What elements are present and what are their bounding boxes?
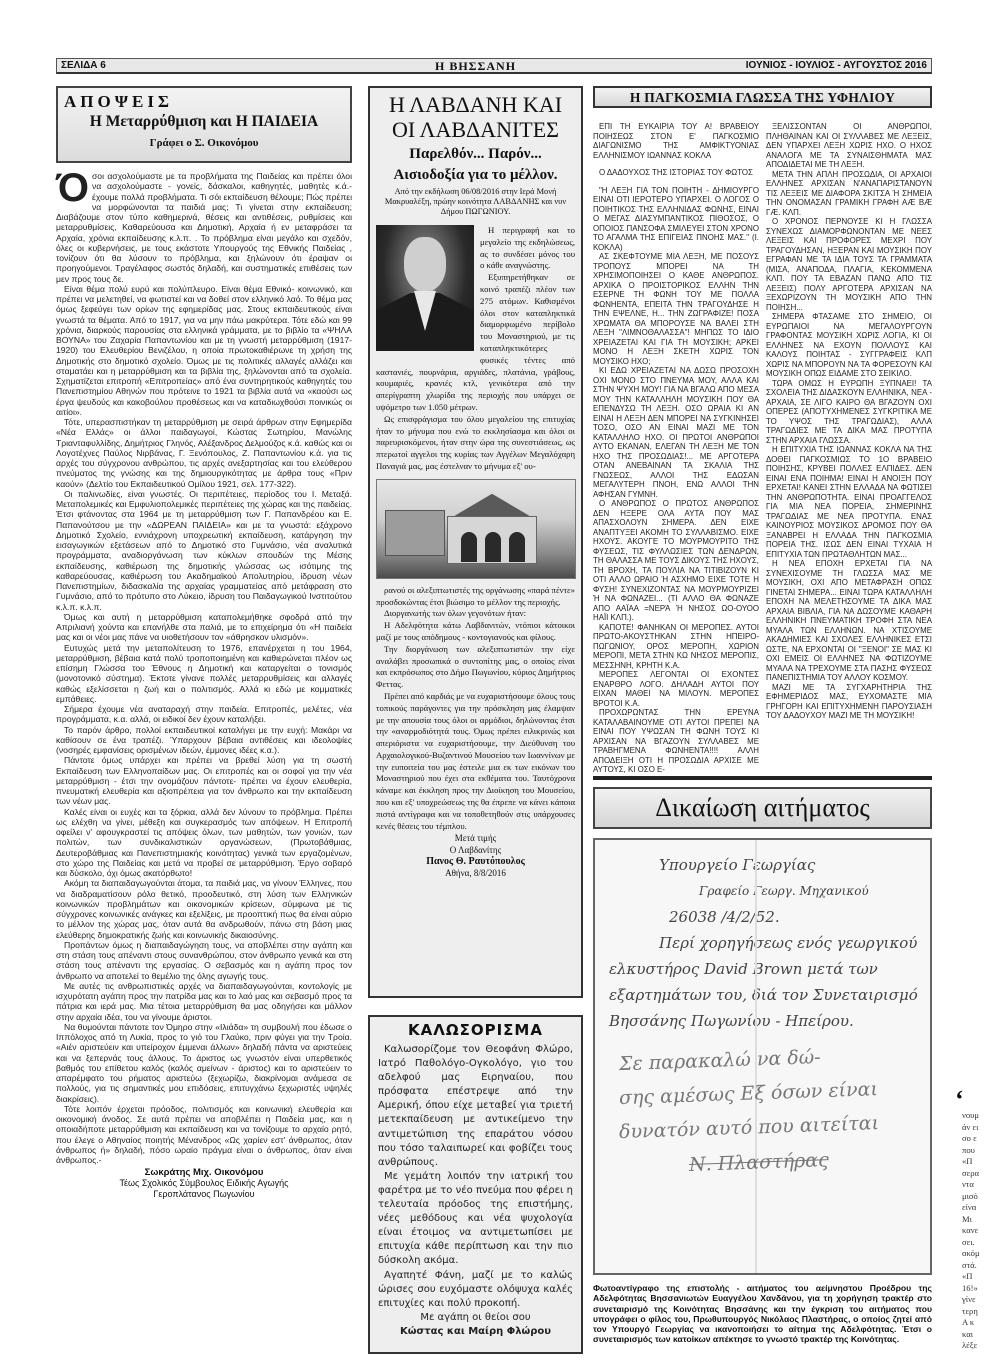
paragraph: Είναι θέμα πολύ ευρύ και πολύπλευρο. Είν…	[56, 284, 352, 417]
welcome-title: ΚΑΛΩΣΟΡΙΣΜΑ	[378, 1021, 573, 1039]
handwritten-signature: Ν. Πλαστήρας	[688, 1140, 916, 1182]
welcome-body: Καλωσορίζομε τον Θεοφάνη Φλώρο, Ιατρό Πα…	[378, 1043, 573, 1339]
paragraph: Η Αδελφότητα κάτω Λαβδανιτών, ντόπιοι κά…	[376, 620, 575, 644]
article-byline: Γράφει ο Σ. Οικονόμου	[64, 137, 344, 149]
paragraph: ΑΣ ΣΚΕΦΤΟΥΜΕ ΜΙΑ ΛΕΞΗ, ΜΕ ΠΟΣΟΥΣ ΤΡΟΠΟΥΣ…	[593, 252, 759, 366]
language-right-column: ΞΕΛΙΣΣΟΝΤΑΝ ΟΙ ΑΝΘΡΩΠΟΙ, ΠΛΗΘΑΙΝΑΝ ΚΑΙ Ο…	[766, 122, 932, 822]
sender: Ο Λαβδανίτης	[376, 845, 575, 857]
newspaper-masthead: Η ΒΗΣΣΑΝΗ	[435, 59, 516, 74]
paragraph: Ως επισφράγισμα του όλου μεγαλείου της ε…	[376, 414, 575, 473]
handwritten-line: εξαρτημάτων του, διά τον Συνεταιρισμό	[609, 982, 916, 1008]
handwritten-line: 26038 /4/2/52.	[669, 904, 916, 930]
paragraph: Όσοι ασχολούμαστε με τα προβλήματα της Π…	[56, 171, 352, 284]
author-signature: Σωκράτης Μιχ. Οικονόμου Τέως Σχολικός Σύ…	[56, 1167, 352, 1200]
paragraph: Η ΝΕΑ ΕΠΟΧΗ ΕΡΧΕΤΑΙ ΓΙΑ ΝΑ ΣΥΝΕΧΙΣΟΥΜΕ Τ…	[766, 559, 932, 683]
paragraph: Ο ΑΝΘΡΩΠΟΣ Ο ΠΡΩΤΟΣ ΑΝΘΡΩΠΟΣ ΔΕΝ ΗΞΕΡΕ Ο…	[593, 499, 759, 623]
welcome-signers: Κώστας και Μαίρη Φλώρου	[378, 1325, 573, 1339]
issue-date: ΙΟΥΝΙΟΣ - ΙΟΥΛΙΟΣ - ΑΥΓΟΥΣΤΟΣ 2016	[746, 60, 927, 71]
lavdani-subtitle-line2: Αισιοδοξία για το μέλλον.	[376, 166, 575, 184]
lavdani-signature: Μετά τιμής Ο Λαβδανίτης Πανος Θ. Ραυτόπο…	[376, 833, 575, 879]
paragraph: Διοργανωτής των όλων γεγονότων ήταν:	[376, 608, 575, 620]
drop-cap: Ό	[56, 171, 89, 205]
handwritten-line: ελκυστήρος David Brown μετά των	[609, 956, 916, 982]
paragraph: ΞΕΛΙΣΣΟΝΤΑΝ ΟΙ ΑΝΘΡΩΠΟΙ, ΠΛΗΘΑΙΝΑΝ ΚΑΙ Ο…	[766, 122, 932, 170]
paragraph: Ευτυχώς μετά την μεταπολίτευση το 1976, …	[56, 643, 352, 705]
paragraph: Τότε, υπερασπιστήκαν τη μεταρρύθμιση με …	[56, 417, 352, 489]
portrait-photo	[376, 225, 474, 351]
handwritten-line: Γραφείο Γεωργ. Μηχανικού	[699, 878, 916, 904]
paragraph: ΤΩΡΑ ΟΜΩΣ Η ΕΥΡΩΠΗ ΞΥΠΝΑΕΙ! ΤΑ ΣΧΟΛΕΙΑ Τ…	[766, 379, 932, 446]
petition-title: Δικαίωση αιτήματος	[593, 787, 932, 829]
paragraph: ΚΑΠΟΤΕ! ΦΑΝΗΚΑΝ ΟΙ ΜΕΡΟΠΕΣ. ΑΥΤΟΙ ΠΡΩΤΟ-…	[593, 623, 759, 671]
paragraph: Η ΕΠΙΤΥΧΙΑ ΤΗΣ ΙΩΑΝΝΑΣ ΚΟΚΛΑ ΝΑ ΤΗΣ ΔΟΘΕ…	[766, 445, 932, 559]
paragraph: Πάντοτε όμως υπάρχει και πρέπει να βρεθε…	[56, 755, 352, 806]
lavdani-box: Η ΛΑΒΔΑΝΗ ΚΑΙ ΟΙ ΛΑΒΔΑΝΙΤΕΣ Παρελθόν... …	[368, 86, 583, 998]
paragraph: Με αυτές τις ανθρωπιστικές αρχές να διαπ…	[56, 981, 352, 1022]
paragraph: ΠΡΟΧΩΡΩΝΤΑΣ ΤΗΝ ΕΡΕΥΝΑ ΚΑΤΑΛΑΒΑΙΝΟΥΜΕ ΟΤ…	[593, 708, 759, 775]
paragraph: Ο ΧΡΟΝΟΣ ΠΕΡΝΟΥΣΕ ΚΙ Η ΓΛΩΣΣΑ ΣΥΝΕΧΩΣ ΔΙ…	[766, 217, 932, 312]
section-divider	[593, 776, 932, 780]
language-left-column: ΕΠΙ ΤΗ ΕΥΚΑΙΡΙΑ ΤΟΥ Α! ΒΡΑΒΕΙΟΥ ΠΟΙΗΣΕΩΣ…	[593, 122, 759, 822]
paragraph: Καλωσορίζομε τον Θεοφάνη Φλώρο, Ιατρό Πα…	[378, 1043, 573, 1170]
opinion-article: ΑΠΟΨΕΙΣ Η Μεταρρύθμιση και Η ΠΑΙΔΕΙΑ Γρά…	[56, 86, 352, 1200]
lavdani-intro: Από την εκδήλωση 06/08/2016 στην Ιερά Μο…	[376, 187, 575, 217]
language-title: Η ΠΑΓΚΟΣΜΙΑ ΓΛΩΣΣΑ ΤΗΣ ΥΦΗΛΙΟΥ	[593, 86, 932, 108]
paragraph: Να θυμούνται πάντοτε τον Όμηρο στην «Ιλι…	[56, 1022, 352, 1104]
paragraph: Την διοργάνωση των αλεξιπτωτιστών την εί…	[376, 644, 575, 691]
author-name: Σωκράτης Μιχ. Οικονόμου	[145, 1167, 264, 1178]
paragraph: Ο ΔΑΔΟΥΧΟΣ ΤΗΣ ΙΣΤΟΡΙΑΣ ΤΟΥ ΦΩΤΟΣ	[593, 168, 759, 178]
author-role: Τέως Σχολικός Σύμβουλος Ειδικής Αγωγής	[56, 1178, 352, 1189]
place-date: Αθήνα, 8/8/2016	[376, 868, 575, 880]
page-number: ΣΕΛΙΔΑ 6	[61, 60, 106, 71]
photo-caption: Φωτοαντίγραφο της επιστολής - αιτήματος …	[593, 1283, 932, 1345]
paragraph: ΣΗΜΕΡΑ ΦΤΑΣΑΜΕ ΣΤΟ ΣΗΜΕΙΟ, ΟΙ ΕΥΡΩΠΑΙΟΙ …	[766, 312, 932, 379]
paragraph: ΜΕΡΟΠΕΣ ΛΕΓΟΝΤΑΙ ΟΙ ΕΧΟΝΤΕΣ ΕΝΑΡΘΡΟ ΛΟΓΟ…	[593, 670, 759, 708]
lavdani-title-line1: Η ΛΑΒΔΑΝΗ ΚΑΙ	[376, 92, 575, 117]
paragraph: ΚΙ ΕΔΩ ΧΡΕΙΑΖΕΤΑΙ ΝΑ ΔΩΣΩ ΠΡΟΣΟΧΗ ΟΧΙ ΜΟ…	[593, 366, 759, 499]
lavdani-title-line2: ΟΙ ΛΑΒΔΑΝΙΤΕΣ	[376, 117, 575, 142]
paragraph: Πρέπει από καρδιάς με να ευχαριστήσουμε …	[376, 691, 575, 833]
paragraph: ρανού οι αλεξιπτωτιστές της οργάνωσης «π…	[376, 585, 575, 609]
paragraph: Προπάντων όμως η διαπαιδαγώγηση τους, να…	[56, 940, 352, 981]
paragraph: ΜΑΖΙ ΜΕ ΤΑ ΣΥΓΧΑΡΗΤΗΡΙΑ ΤΗΣ ΕΦΗΜΕΡΙΔΟΣ Μ…	[766, 683, 932, 721]
paragraph: Το παρόν άρθρο, πολλοί εκπαιδευτικοί κατ…	[56, 725, 352, 756]
handwritten-line: Υπουργείο Γεωργίας	[659, 852, 916, 878]
paragraph: Ακόμη τα διαπαιδαγωγούνται άτομα, τα παι…	[56, 878, 352, 940]
lavdani-article: Η ΛΑΒΔΑΝΗ ΚΑΙ ΟΙ ΛΑΒΔΑΝΙΤΕΣ Παρελθόν... …	[368, 86, 583, 998]
author-name: Πανος Θ. Ραυτόπουλος	[376, 856, 575, 868]
adjacent-page-edge: νουμάν εισο επου«ΠσερανταμισόείναΜικανεσ…	[962, 1110, 992, 1352]
handwritten-line: Βησσάνης Πωγωνίου - Ηπείρου.	[609, 1008, 916, 1034]
page-header: ΣΕΛΙΔΑ 6 Η ΒΗΣΣΑΝΗ ΙΟΥΝΙΟΣ - ΙΟΥΛΙΟΣ - Α…	[56, 58, 932, 74]
lavdani-body: Η περιγραφή και το μεγαλείο της εκδηλώσε…	[376, 225, 575, 832]
handwritten-line: Περί χορηγήσεως ενός γεωργικού	[659, 930, 916, 956]
paragraph: Οι παλινωδίες, είναι γνωστές. Οι περιπέτ…	[56, 489, 352, 612]
language-article: Η ΠΑΓΚΟΣΜΙΑ ΓΛΩΣΣΑ ΤΗΣ ΥΦΗΛΙΟΥ ΕΠΙ ΤΗ ΕΥ…	[593, 86, 932, 822]
article-body: Όσοι ασχολούμαστε με τα προβλήματα της Π…	[56, 171, 352, 1165]
lavdani-subtitle-line1: Παρελθόν... Παρόν...	[376, 145, 575, 163]
handwritten-letter-photo: Υπουργείο Γεωργίας Γραφείο Γεωργ. Μηχανι…	[593, 838, 932, 1275]
paragraph: "Η ΛΕΞΗ ΓΙΑ ΤΟΝ ΠΟΙΗΤΗ - ΔΗΜΙΟΥΡΓΟ ΕΙΝΑΙ…	[593, 186, 759, 253]
paragraph: Αγαπητέ Φάνη, μαζί με το καλώς ώρισες σο…	[378, 1269, 573, 1311]
paragraph: Με γεμάτη λοιπόν την ιατρική του φαρέτρα…	[378, 1170, 573, 1269]
author-place: Γεροπλάτανος Πωγωνίου	[56, 1189, 352, 1200]
article-title: Η Μεταρρύθμιση και Η ΠΑΙΔΕΙΑ	[64, 113, 344, 131]
paragraph: Όμως και αυτή η μεταρρύθμιση καταπολεμήθ…	[56, 612, 352, 643]
opinion-header-box: ΑΠΟΨΕΙΣ Η Μεταρρύθμιση και Η ΠΑΙΔΕΙΑ Γρά…	[56, 86, 352, 163]
monastery-photo	[376, 479, 576, 579]
paragraph: Τότε λοιπόν έρχεται πρόοδος, πολιτισμός …	[56, 1104, 352, 1166]
paragraph: ΜΕΤΑ ΤΗΝ ΑΠΛΗ ΠΡΟΣΩΔΙΑ, ΟΙ ΑΡΧΑΙΟΙ ΕΛΛΗΝ…	[766, 170, 932, 218]
section-kicker: ΑΠΟΨΕΙΣ	[64, 92, 344, 112]
language-body: ΕΠΙ ΤΗ ΕΥΚΑΙΡΙΑ ΤΟΥ Α! ΒΡΑΒΕΙΟΥ ΠΟΙΗΣΕΩΣ…	[593, 122, 932, 822]
welcome-box: ΚΑΛΩΣΟΡΙΣΜΑ Καλωσορίζομε τον Θεοφάνη Φλώ…	[368, 1015, 583, 1354]
paragraph: Σήμερα έχουμε νέα αναταραχή στην παιδεία…	[56, 704, 352, 725]
welcome-closing: Με αγάπη οι θείοι σου	[378, 1311, 573, 1325]
paragraph: Καλές είναι οι ευχές και τα ξόρκια, αλλά…	[56, 807, 352, 879]
paragraph: ΕΠΙ ΤΗ ΕΥΚΑΙΡΙΑ ΤΟΥ Α! ΒΡΑΒΕΙΟΥ ΠΟΙΗΣΕΩΣ…	[593, 122, 759, 160]
closing: Μετά τιμής	[376, 833, 575, 845]
